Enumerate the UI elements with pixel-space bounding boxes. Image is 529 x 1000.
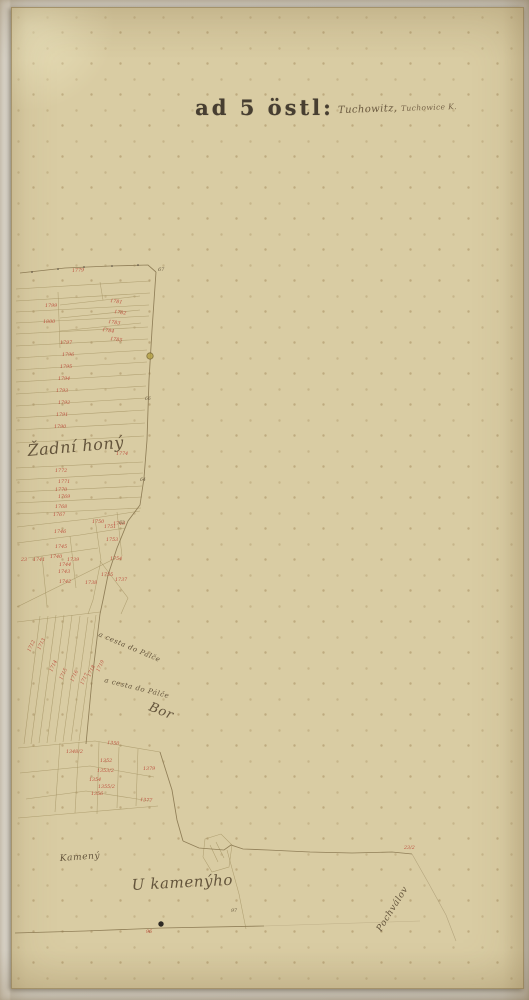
- parcel-number-label: 1741: [33, 557, 45, 563]
- parcel-number-label: 64: [140, 477, 146, 483]
- parcel-number-label: 1715: [58, 667, 69, 681]
- parcel-number-label: 1795: [60, 364, 72, 370]
- boundary-lines: [15, 265, 456, 941]
- parcel-number-label: 62: [119, 520, 125, 526]
- place-label-bor: Bor: [146, 699, 176, 723]
- place-label-kameny: Kamený: [58, 850, 100, 864]
- parcel-number-label: 1781: [110, 298, 123, 306]
- parcel-number-label: 1792: [58, 400, 70, 406]
- parcel-number-label: 1779: [72, 267, 85, 274]
- parcel-number-label: 1794: [58, 376, 70, 382]
- parcel-strip-lines: [16, 281, 246, 929]
- parcel-number-label: 1784: [102, 327, 115, 335]
- survey-marker-circle: [147, 353, 153, 359]
- parcel-number-label: 1355/2: [98, 784, 115, 790]
- parcel-number-label: 1796: [62, 352, 74, 358]
- parcel-number-label: 23: [20, 557, 27, 563]
- parcel-number-label: 1797: [60, 340, 73, 346]
- parcel-number-label: 1785: [110, 336, 123, 344]
- road-label-cesta-do-palce-2: a cesta do Pálče: [104, 676, 171, 700]
- parcel-number-label: 1743: [58, 569, 70, 575]
- parcel-number-label: 1379: [143, 766, 155, 772]
- parcel-number-label: 1713: [36, 637, 47, 651]
- survey-point-dot: [158, 921, 163, 926]
- parcel-number-label: 1793: [56, 388, 68, 394]
- parcel-number-label: 1739: [67, 557, 79, 563]
- parcel-number-label: 1783: [108, 319, 121, 327]
- parcel-number-label: 1716: [69, 669, 80, 683]
- road-label-pochvalov: Pochválov: [374, 884, 411, 934]
- parcel-number-label: 1800: [43, 319, 55, 325]
- road-label-cesta-do-palce-1: a cesta do Pálče: [97, 630, 161, 663]
- scanned-map-page: { "sheet": { "title": "ad 5 östl:", "ann…: [0, 0, 529, 1000]
- parcel-number-label: 1352: [100, 758, 112, 764]
- parcel-number-label: 1770: [55, 487, 67, 493]
- parcel-number-label: 1742: [59, 579, 71, 585]
- parcel-number-label: 1790: [54, 424, 66, 430]
- field-name-zadni-hony: Žadní honý: [26, 432, 125, 460]
- parcel-number-label: 96: [146, 929, 152, 935]
- parcel-number-labels: 1779178117821783178417851799180017971796…: [20, 267, 415, 935]
- parcel-number-label: 1377: [140, 797, 154, 804]
- parcel-number-label: 1353/2: [97, 768, 114, 774]
- parcel-number-label: 1750: [92, 519, 104, 525]
- parcel-number-label: 1350: [107, 740, 120, 747]
- parcel-number-label: 1745: [55, 544, 67, 550]
- parcel-number-label: 1769: [58, 494, 70, 500]
- parcel-number-label: 1782: [114, 309, 127, 317]
- map-drawing: 1779178117821783178417851799180017971796…: [0, 0, 529, 1000]
- parcel-number-label: 23/2: [403, 845, 415, 851]
- parcel-number-label: 1740: [50, 554, 62, 560]
- parcel-number-label: 1772: [55, 468, 67, 474]
- parcel-number-label: 1771: [58, 479, 70, 485]
- parcel-number-label: 1737: [115, 577, 128, 583]
- parcel-number-label: 1753: [106, 537, 118, 543]
- parcel-number-label: 97: [231, 908, 238, 914]
- parcel-number-label: 66: [145, 396, 151, 402]
- parcel-number-label: 1719: [95, 659, 106, 673]
- place-label-u-kamenyho: U kamenýho: [131, 871, 233, 894]
- parcel-number-label: 1799: [45, 303, 57, 309]
- parcel-number-label: 1768: [55, 504, 67, 510]
- parcel-number-label: 1754: [110, 556, 122, 562]
- parcel-number-label: 1755: [101, 572, 113, 578]
- parcel-number-label: 1791: [56, 412, 68, 418]
- parcel-number-label: 1767: [53, 512, 66, 518]
- parcel-number-label: 1738: [85, 580, 97, 586]
- parcel-number-label: 1348/2: [66, 749, 83, 755]
- parcel-number-label: 1354: [89, 777, 101, 783]
- parcel-number-label: 1746: [54, 529, 66, 535]
- parcel-number-label: 67: [158, 267, 165, 273]
- parcel-number-label: 1356: [91, 791, 103, 797]
